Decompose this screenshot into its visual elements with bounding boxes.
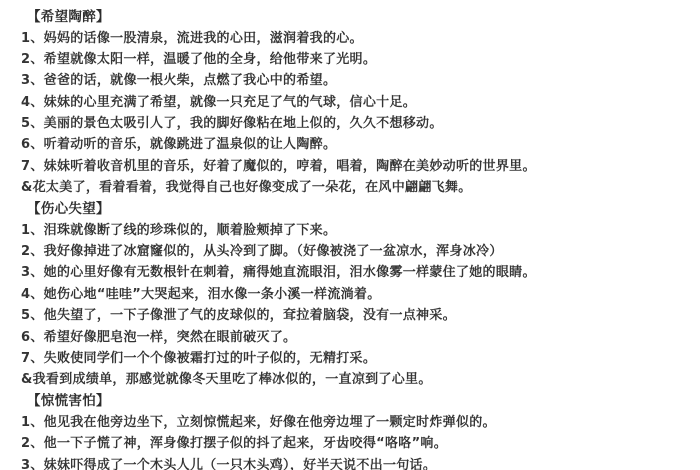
list-item: 5、美丽的景色太吸引人了，我的脚好像粘在地上似的，久久不想移动。: [21, 111, 690, 132]
list-item: 2、我好像掉进了冰窟窿似的，从头冷到了脚。（好像被浇了一盆凉水，浑身冰冷）: [21, 239, 690, 260]
document-page: 【希望陶醉】 1、妈妈的话像一股清泉，流进我的心田，滋润着我的心。 2、希望就像…: [0, 0, 700, 470]
section-title-hope: 【希望陶醉】: [21, 4, 690, 25]
list-item: 4、妹妹的心里充满了希望，就像一只充足了气的气球，信心十足。: [21, 89, 690, 110]
list-item: 7、失败使同学们一个个像被霜打过的叶子似的，无精打采。: [21, 346, 690, 367]
list-item: 2、希望就像太阳一样，温暖了他的全身，给他带来了光明。: [21, 47, 690, 68]
list-item: 3、她的心里好像有无数根针在刺着，痛得她直流眼泪，泪水像雾一样蒙住了她的眼睛。: [21, 260, 690, 281]
list-item: 3、妹妹吓得成了一个木头人儿（一只木头鸡），好半天说不出一句话。: [21, 453, 690, 470]
list-item: 7、妹妹听着收音机里的音乐，好着了魔似的，哼着，唱着，陶醉在美妙动听的世界里。: [21, 154, 690, 175]
list-item: 1、他见我在他旁边坐下，立刻惊慌起来，好像在他旁边埋了一颗定时炸弹似的。: [21, 410, 690, 431]
section-title-sadness: 【伤心失望】: [21, 196, 690, 217]
list-item: 6、希望好像肥皂泡一样，突然在眼前破灭了。: [21, 324, 690, 345]
list-item: 6、听着动听的音乐，就像跳进了温泉似的让人陶醉。: [21, 132, 690, 153]
list-item: 1、妈妈的话像一股清泉，流进我的心田，滋润着我的心。: [21, 25, 690, 46]
list-item: 3、爸爸的话，就像一根火柴，点燃了我心中的希望。: [21, 68, 690, 89]
list-item: 5、他失望了，一下子像泄了气的皮球似的，耷拉着脑袋，没有一点神采。: [21, 303, 690, 324]
list-item: 4、她伤心地“哇哇”大哭起来，泪水像一条小溪一样流淌着。: [21, 282, 690, 303]
section-title-fear: 【惊慌害怕】: [21, 388, 690, 409]
list-item: 1、泪珠就像断了线的珍珠似的，顺着脸颊掉了下来。: [21, 218, 690, 239]
list-item: &花太美了，看着看着，我觉得自己也好像变成了一朵花，在风中翩翩飞舞。: [21, 175, 690, 196]
list-item: 2、他一下子慌了神，浑身像打摆子似的抖了起来，牙齿咬得“咯咯”响。: [21, 431, 690, 452]
list-item: &我看到成绩单，那感觉就像冬天里吃了棒冰似的，一直凉到了心里。: [21, 367, 690, 388]
